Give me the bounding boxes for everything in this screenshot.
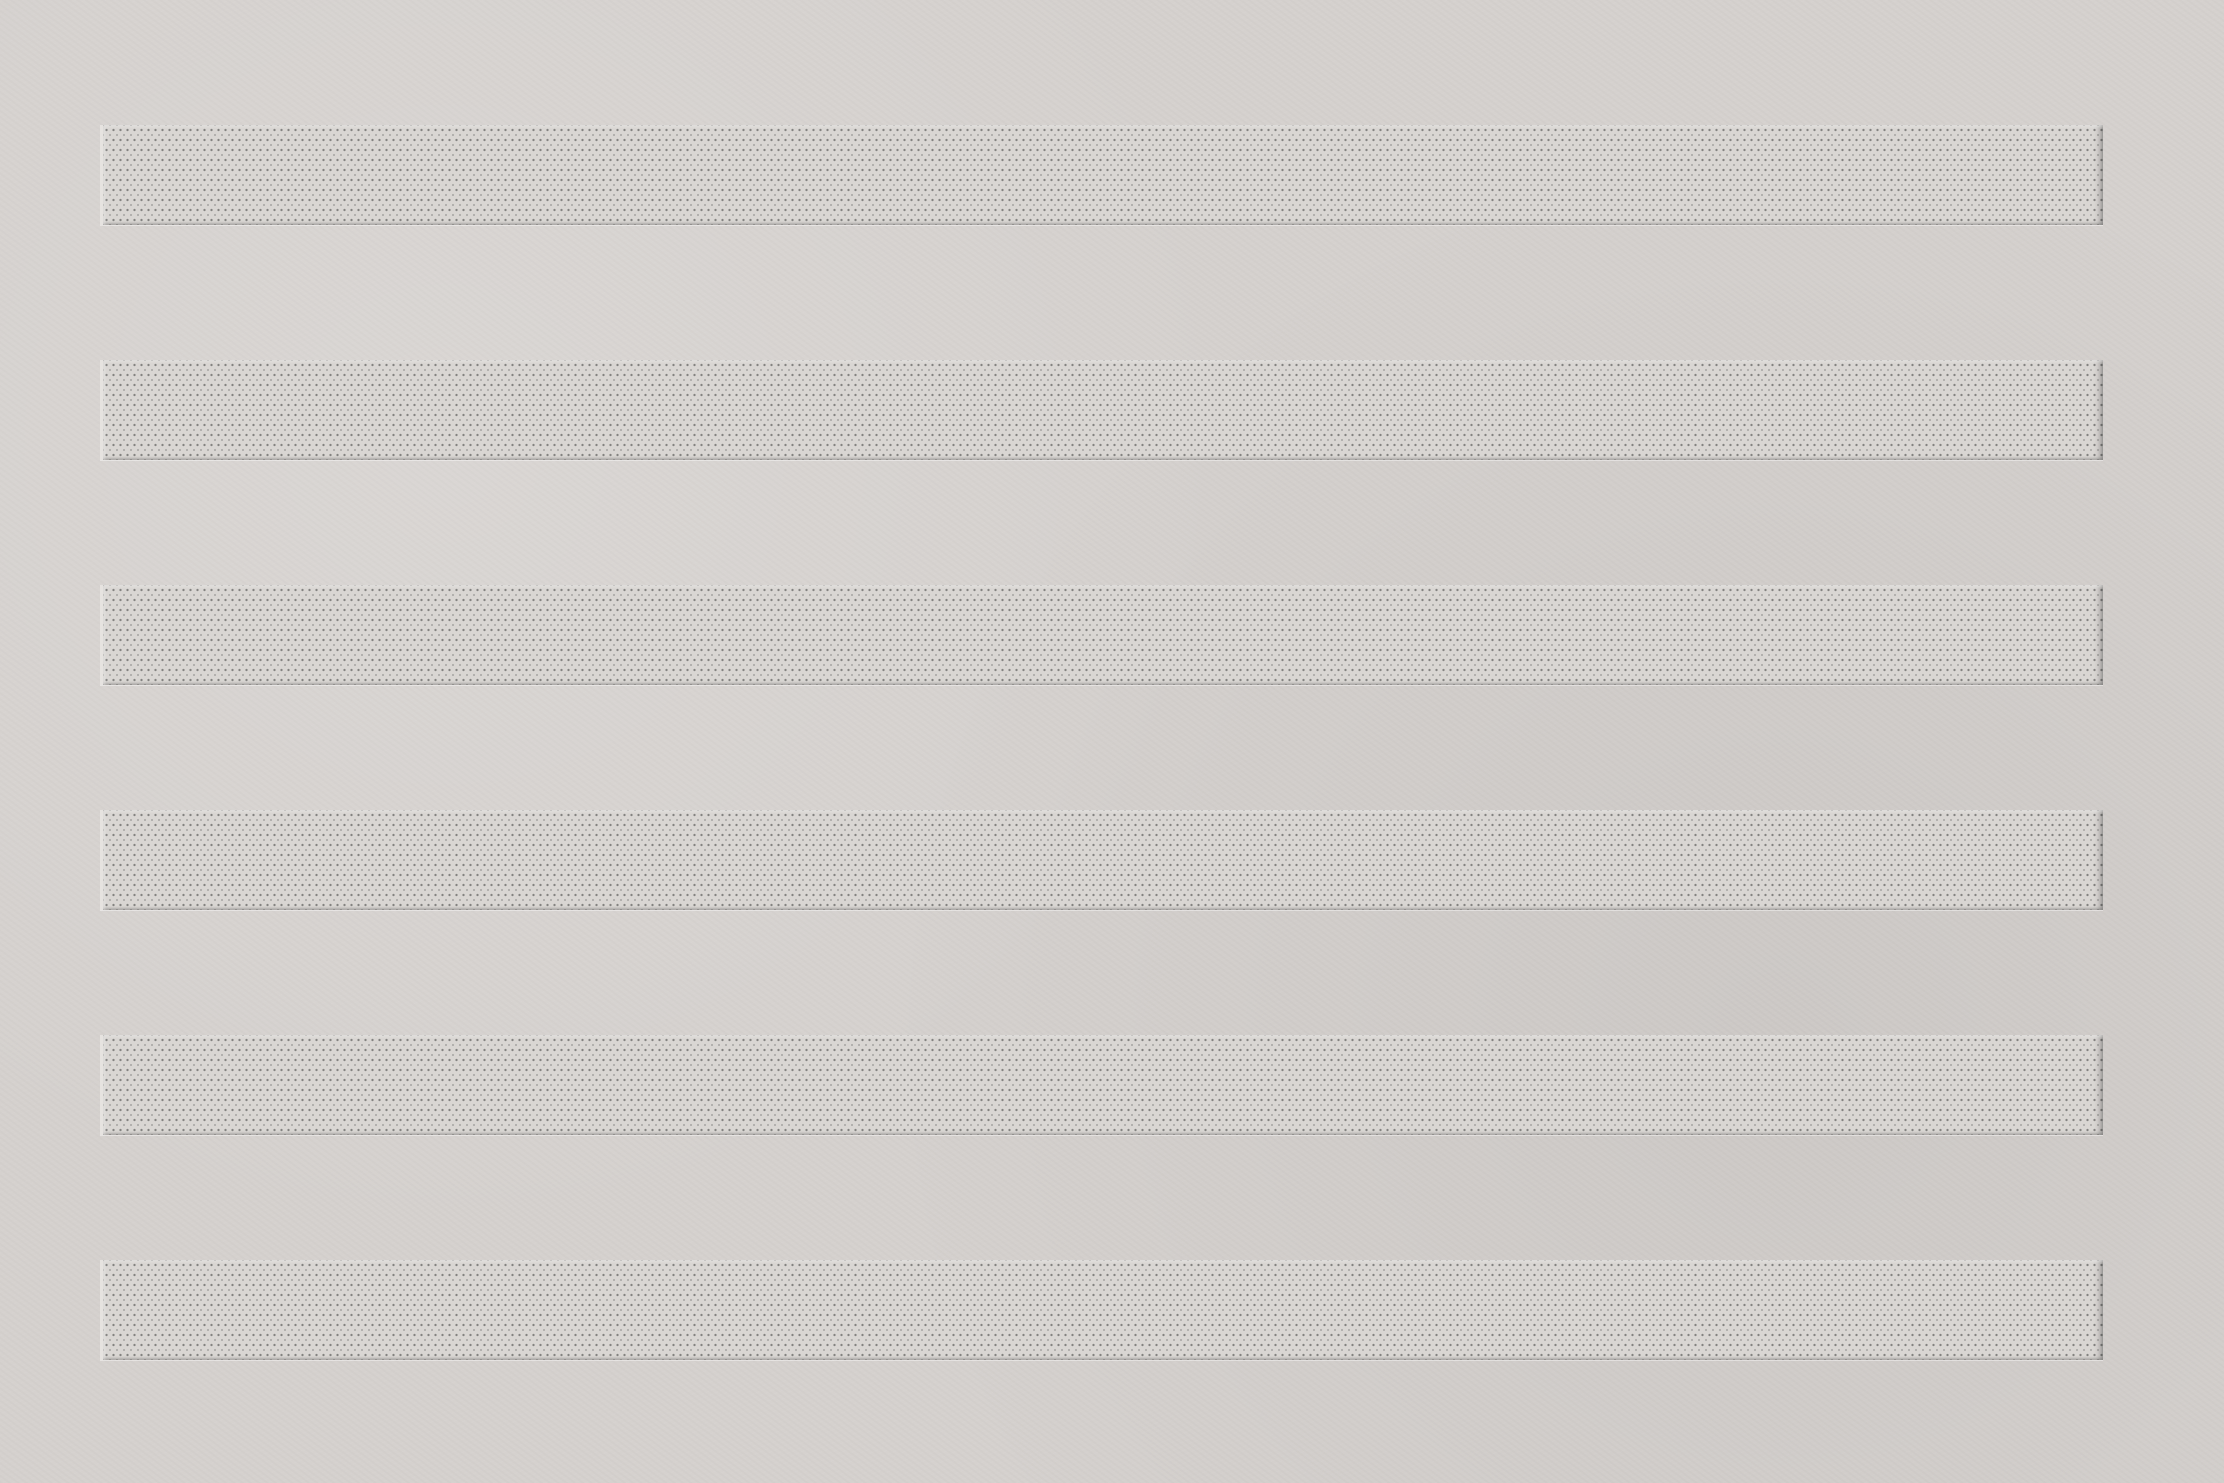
embossed-strip-6 [100, 1260, 2103, 1360]
embossed-strip-5 [100, 1035, 2103, 1135]
embossed-strip-4 [100, 810, 2103, 910]
textured-artwork [0, 0, 2224, 1483]
embossed-strip-2 [100, 360, 2103, 460]
embossed-strip-3 [100, 585, 2103, 685]
embossed-strip-1 [100, 125, 2103, 225]
